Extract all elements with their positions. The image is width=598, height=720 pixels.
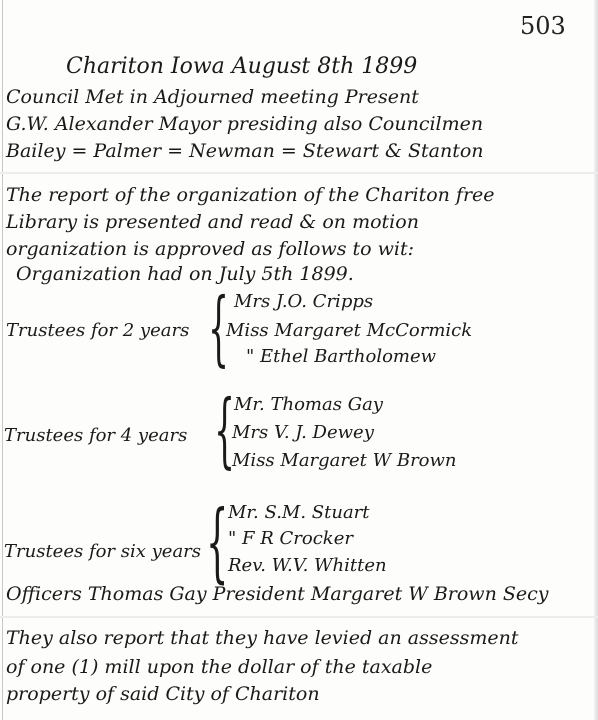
trustee-name: Mr. Thomas Gay bbox=[234, 394, 383, 415]
trustee-name: " Ethel Bartholomew bbox=[246, 346, 436, 367]
page-left-edge bbox=[2, 0, 3, 720]
trustee-name: Miss Margaret McCormick bbox=[226, 320, 472, 341]
minutes-line-2: G.W. Alexander Mayor presiding also Coun… bbox=[6, 113, 483, 135]
report-line-4: Organization had on July 5th 1899. bbox=[16, 263, 354, 285]
trustee-name: " F R Crocker bbox=[228, 528, 353, 549]
section-divider bbox=[0, 616, 598, 618]
page-right-edge bbox=[594, 0, 598, 720]
trustee-name: Mrs V. J. Dewey bbox=[232, 422, 374, 443]
trustees-6yr-label: Trustees for six years bbox=[4, 541, 201, 562]
report-line-3: organization is approved as follows to w… bbox=[6, 238, 414, 260]
report-line-2: Library is presented and read & on motio… bbox=[6, 211, 419, 233]
minutes-line-1: Council Met in Adjourned meeting Present bbox=[6, 86, 419, 108]
minutes-line-3: Bailey = Palmer = Newman = Stewart & Sta… bbox=[6, 140, 484, 162]
left-brace-icon: { bbox=[206, 500, 228, 586]
trustee-name: Mr. S.M. Stuart bbox=[228, 502, 370, 523]
trustees-4yr-label: Trustees for 4 years bbox=[4, 425, 187, 446]
place-date-heading: Chariton Iowa August 8th 1899 bbox=[66, 54, 417, 79]
trustee-name: Rev. W.V. Whitten bbox=[228, 555, 387, 576]
officers-line: Officers Thomas Gay President Margaret W… bbox=[6, 583, 548, 605]
report-line-1: The report of the organization of the Ch… bbox=[6, 184, 495, 206]
trustees-2yr-label: Trustees for 2 years bbox=[6, 320, 189, 341]
trustee-name: Mrs J.O. Cripps bbox=[234, 291, 373, 312]
assessment-line-2: of one (1) mill upon the dollar of the t… bbox=[6, 656, 432, 678]
ledger-page: 503 Chariton Iowa August 8th 1899 Counci… bbox=[0, 0, 598, 720]
section-divider bbox=[0, 172, 598, 174]
assessment-line-1: They also report that they have levied a… bbox=[6, 627, 518, 649]
trustee-name: Miss Margaret W Brown bbox=[232, 450, 457, 471]
assessment-line-3: property of said City of Chariton bbox=[6, 683, 320, 705]
page-number: 503 bbox=[520, 12, 566, 40]
